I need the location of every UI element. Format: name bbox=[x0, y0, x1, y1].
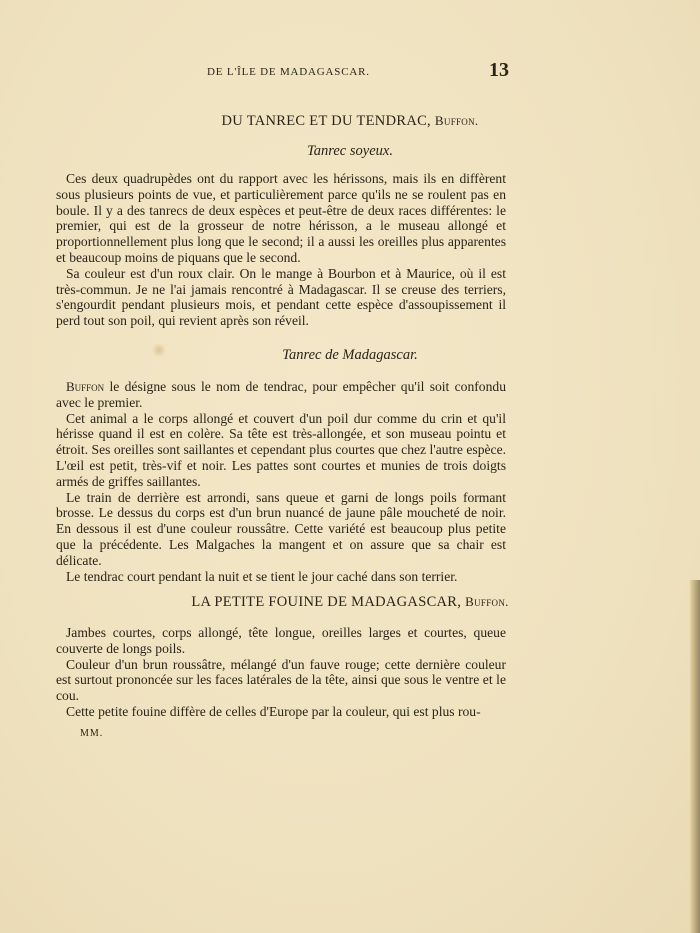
section-title-fouine: LA PETITE FOUINE DE MADAGASCAR, Buffon. bbox=[0, 594, 700, 611]
paragraph: Cette petite fouine diffère de celles d'… bbox=[56, 704, 506, 720]
paragraph: Jambes courtes, corps allongé, tête long… bbox=[56, 625, 506, 657]
text-block-tanrec-madagascar: Buffon le désigne sous le nom de tendrac… bbox=[56, 379, 506, 584]
paragraph: Sa couleur est d'un roux clair. On le ma… bbox=[56, 266, 506, 329]
paragraph: Ces deux quadrupèdes ont du rapport avec… bbox=[56, 171, 506, 266]
subsection-title-tanrec-madagascar: Tanrec de Madagascar. bbox=[0, 347, 700, 364]
page-edge bbox=[690, 580, 700, 933]
text-block-tanrec-soyeux: Ces deux quadrupèdes ont du rapport avec… bbox=[56, 171, 506, 329]
paragraph: Cet animal a le corps allongé et couvert… bbox=[56, 411, 506, 490]
text-block-fouine: Jambes courtes, corps allongé, tête long… bbox=[56, 625, 506, 720]
signature-mark: MM. bbox=[80, 728, 103, 739]
section-author: Buffon. bbox=[465, 594, 509, 609]
book-page: DE L'ÎLE DE MADAGASCAR. 13 DU TANREC ET … bbox=[0, 0, 700, 933]
page-number: 13 bbox=[489, 59, 509, 82]
section-title-tanrec: DU TANREC ET DU TENDRAC, Buffon. bbox=[0, 113, 700, 130]
paragraph: Le tendrac court pendant la nuit et se t… bbox=[56, 569, 506, 585]
section-title-text: LA PETITE FOUINE DE MADAGASCAR, bbox=[191, 594, 461, 610]
paragraph-text: le désigne sous le nom de tendrac, pour … bbox=[56, 379, 506, 410]
buffon-smallcaps: Buffon bbox=[66, 379, 104, 394]
paragraph: Buffon le désigne sous le nom de tendrac… bbox=[56, 379, 506, 411]
section-title-text: DU TANREC ET DU TENDRAC, bbox=[222, 113, 431, 129]
paragraph: Le train de derrière est arrondi, sans q… bbox=[56, 490, 506, 569]
paragraph: Couleur d'un brun roussâtre, mélangé d'u… bbox=[56, 657, 506, 704]
running-head: DE L'ÎLE DE MADAGASCAR. bbox=[207, 66, 370, 78]
subsection-title-tanrec-soyeux: Tanrec soyeux. bbox=[0, 143, 700, 160]
section-author: Buffon. bbox=[435, 113, 479, 128]
